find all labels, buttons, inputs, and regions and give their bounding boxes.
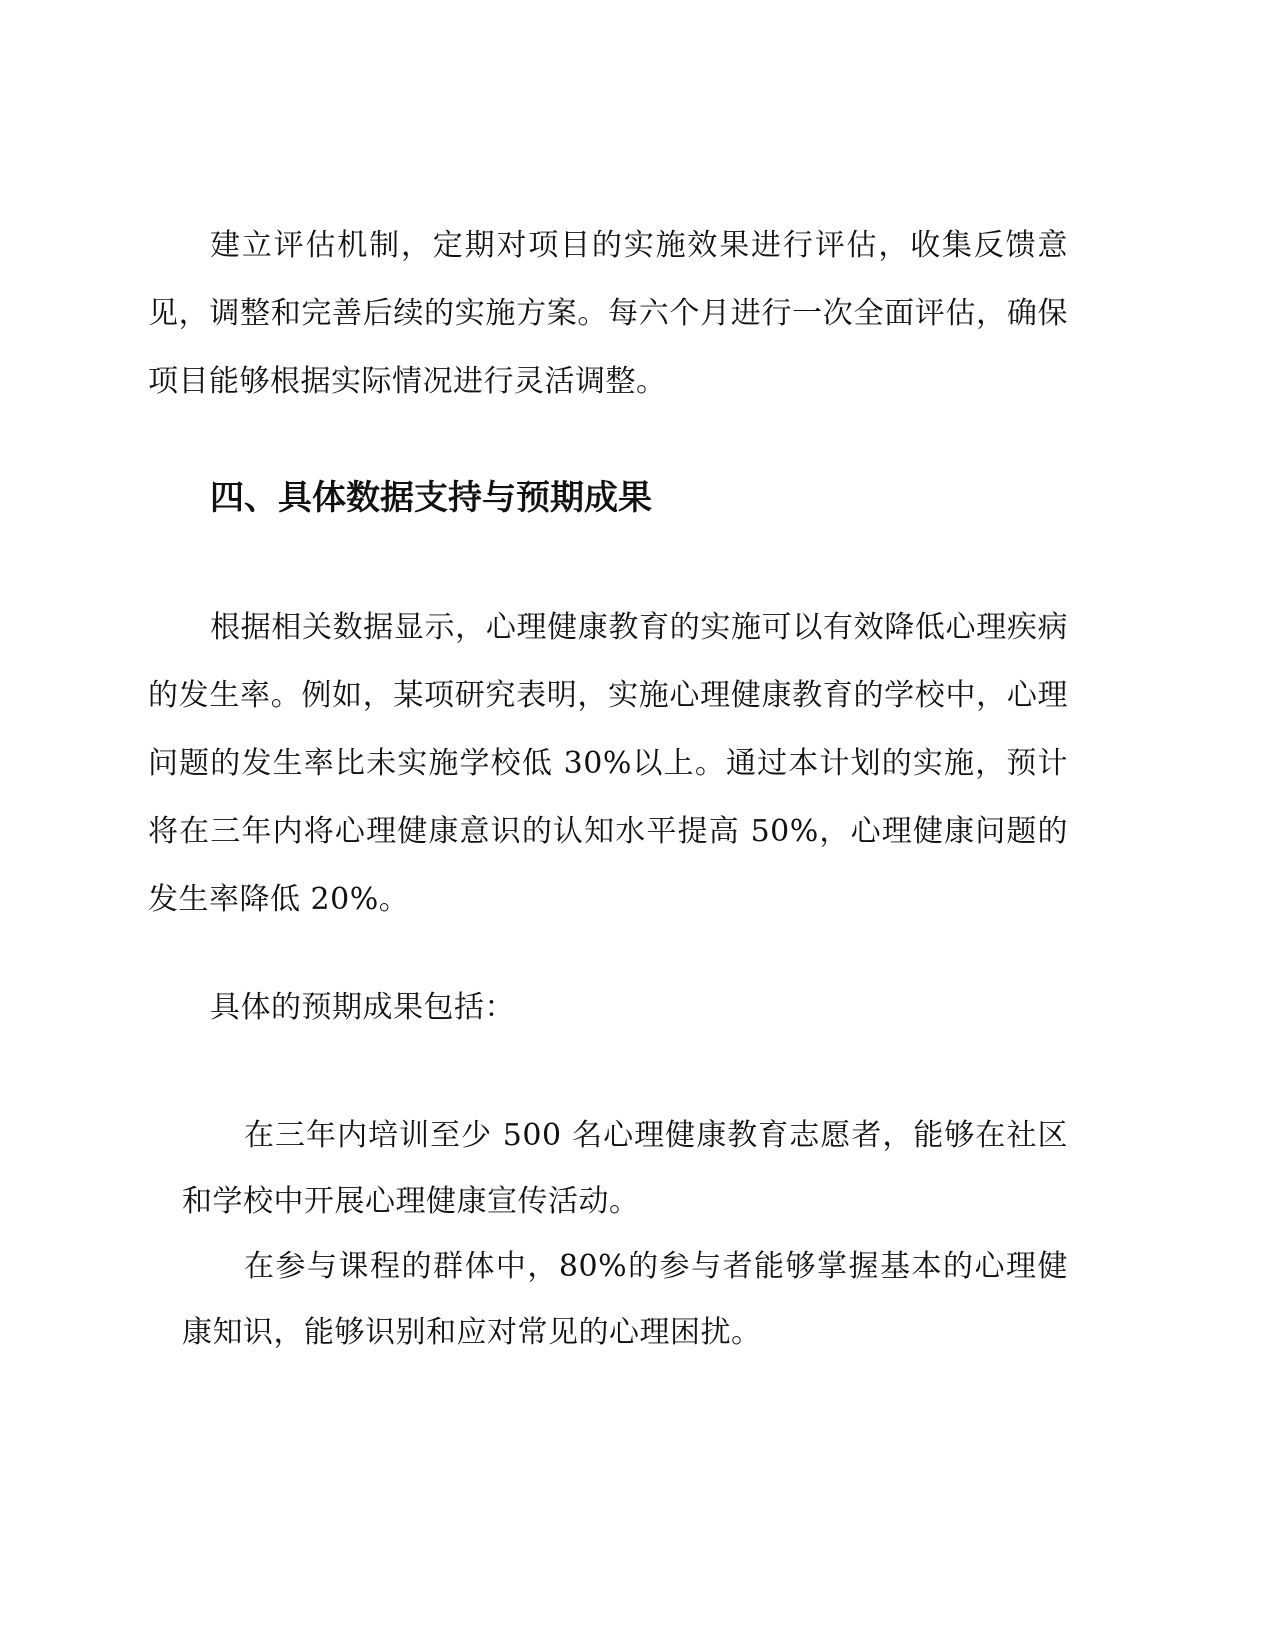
- outcome-item-1: 在三年内培训至少 500 名心理健康教育志愿者，能够在社区和学校中开展心理健康宣…: [182, 1103, 1068, 1235]
- paragraph-evaluation: 建立评估机制，定期对项目的实施效果进行评估，收集反馈意见，调整和完善后续的实施方…: [148, 212, 1068, 416]
- section-heading: 四、具体数据支持与预期成果: [210, 478, 652, 518]
- paragraph-data-support: 根据相关数据显示，心理健康教育的实施可以有效降低心理疾病的发生率。例如，某项研究…: [148, 594, 1068, 934]
- outcome-item-2: 在参与课程的群体中，80%的参与者能够掌握基本的心理健康知识，能够识别和应对常见…: [182, 1234, 1068, 1366]
- outcomes-intro: 具体的预期成果包括：: [148, 974, 1068, 1042]
